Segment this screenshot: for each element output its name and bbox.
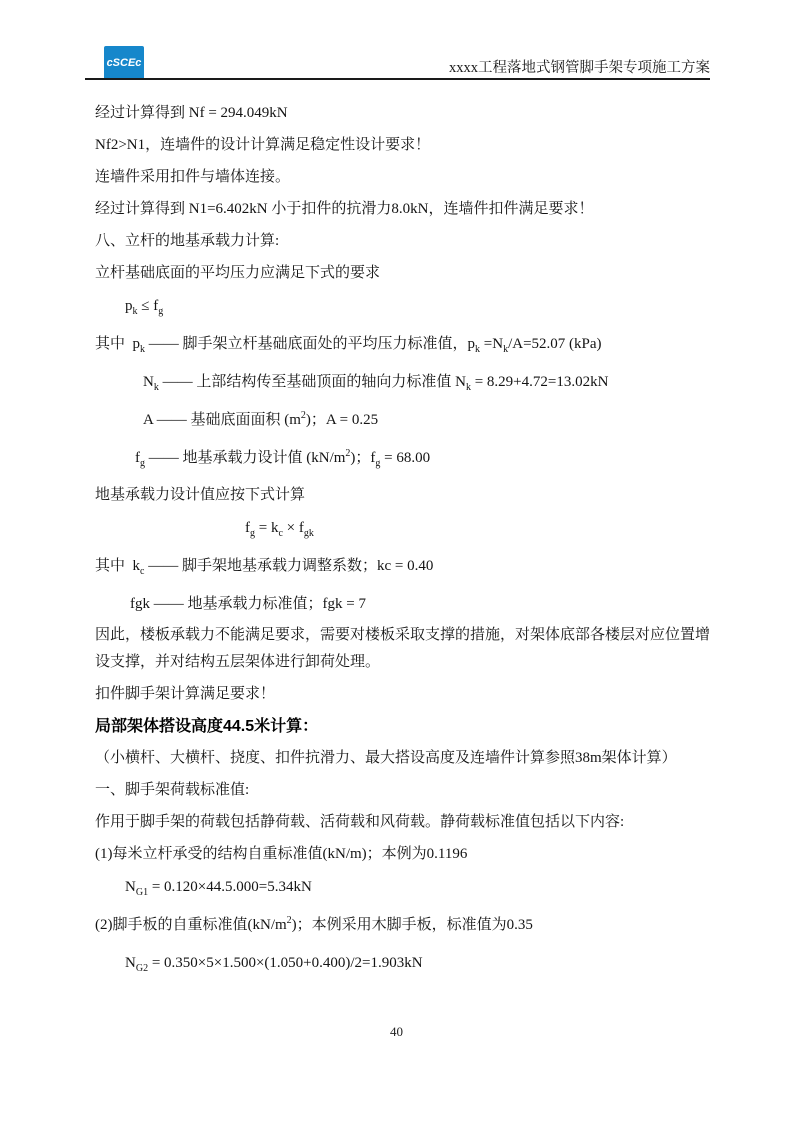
page-header: cSCEc xxxx工程落地式钢管脚手架专项施工方案	[0, 0, 793, 82]
para-n1-check: 经过计算得到 N1=6.402kN 小于扣件的抗滑力8.0kN，连墙件扣件满足要…	[95, 196, 710, 223]
formula-ng1: NG1 = 0.120×44.5.000=5.34kN	[95, 873, 710, 901]
para-section-8-heading: 八、立杆的地基承载力计算:	[95, 228, 710, 255]
cscec-logo-icon: cSCEc	[104, 46, 144, 80]
header-title: xxxx工程落地式钢管脚手架专项施工方案	[449, 56, 710, 77]
para-fg-formula-intro: 地基承载力设计值应按下式计算	[95, 482, 710, 509]
para-pk-definition: 其中 pk —— 脚手架立杆基础底面处的平均压力标准值，pk =Nk/A=52.…	[95, 330, 710, 358]
formula-fg-kc-fgk: fg = kc × fgk	[95, 514, 710, 542]
para-fg-definition: fg —— 地基承载力设计值 (kN/m2)；fg = 68.00	[95, 444, 710, 472]
page-number: 40	[0, 1024, 793, 1040]
heading-partial-frame-height: 局部架体搭设高度44.5米计算：	[95, 713, 710, 740]
header-divider	[85, 78, 710, 80]
para-wall-connector: 连墙件采用扣件与墙体连接。	[95, 164, 710, 191]
para-pressure-requirement: 立杆基础底面的平均压力应满足下式的要求	[95, 260, 710, 287]
para-fgk-definition: fgk —— 地基承载力标准值；fgk = 7	[95, 590, 710, 618]
para-a-definition: A —— 基础底面面积 (m2)；A = 0.25	[95, 406, 710, 434]
para-result-ok: 扣件脚手架计算满足要求！	[95, 681, 710, 708]
para-item-1: (1)每米立杆承受的结构自重标准值(kN/m)；本例为0.1196	[95, 841, 710, 868]
para-nf2-check: Nf2>N1，连墙件的设计计算满足稳定性设计要求！	[95, 132, 710, 159]
para-kc-definition: 其中 kc —— 脚手架地基承载力调整系数；kc = 0.40	[95, 552, 710, 580]
document-body: 经过计算得到 Nf = 294.049kNNf2>N1，连墙件的设计计算满足稳定…	[95, 100, 710, 987]
para-load-description: 作用于脚手架的荷载包括静荷载、活荷载和风荷载。静荷载标准值包括以下内容:	[95, 809, 710, 836]
para-nk-definition: Nk —— 上部结构传至基础顶面的轴向力标准值 Nk = 8.29+4.72=1…	[95, 368, 710, 396]
para-section-1-heading: 一、脚手架荷载标准值:	[95, 777, 710, 804]
formula-ng2: NG2 = 0.350×5×1.500×(1.050+0.400)/2=1.90…	[95, 949, 710, 977]
para-item-2: (2)脚手板的自重标准值(kN/m2)；本例采用木脚手板，标准值为0.35	[95, 911, 710, 939]
para-reference-note: （小横杆、大横杆、挠度、扣件抗滑力、最大搭设高度及连墙件计算参照38m架体计算）	[95, 745, 710, 772]
document-page: { "header": { "logo_text": "cSCEc", "tit…	[0, 0, 793, 1122]
para-conclusion-support: 因此，楼板承载力不能满足要求，需要对楼板采取支撑的措施，对架体底部各楼层对应位置…	[95, 622, 710, 676]
formula-pk-le-fg: pk ≤ fg	[95, 292, 710, 320]
para-nf-result: 经过计算得到 Nf = 294.049kN	[95, 100, 710, 127]
